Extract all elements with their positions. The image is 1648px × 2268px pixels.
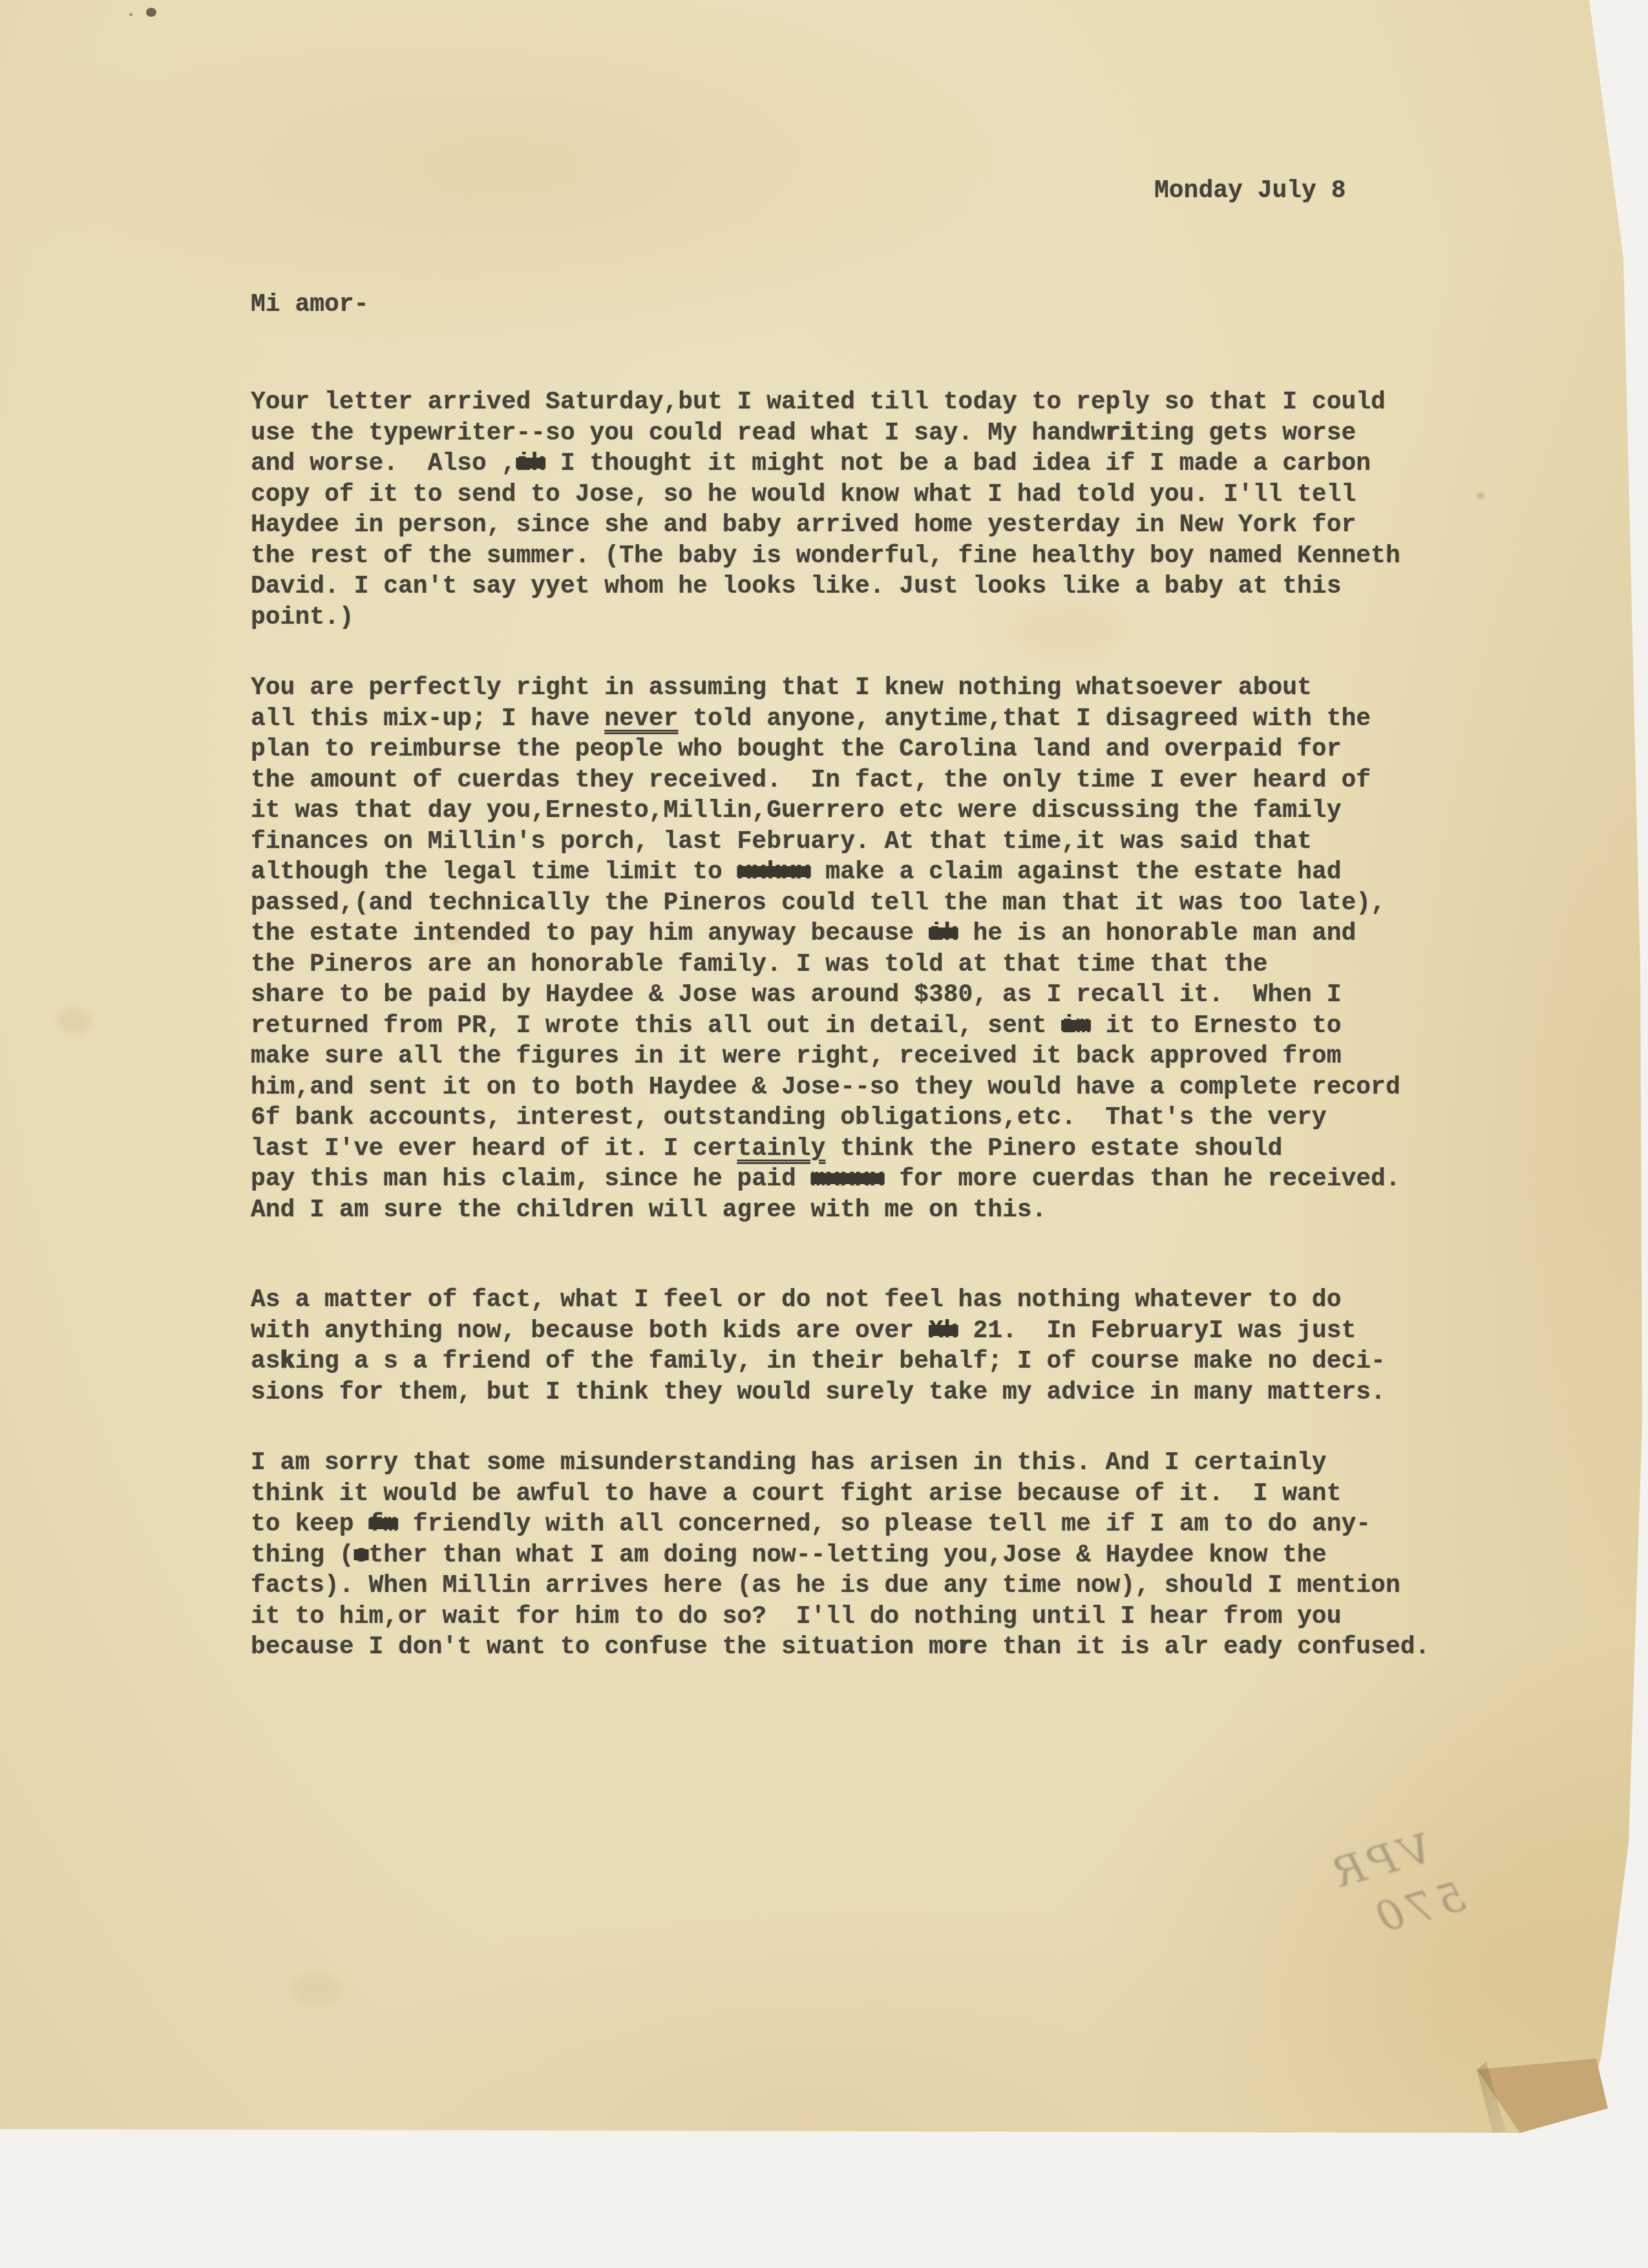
paper-stain xyxy=(57,1008,92,1034)
paragraph: I am sorry that some misunderstanding ha… xyxy=(251,1448,1453,1663)
salutation: Mi amor- xyxy=(251,290,1453,321)
paragraph: You are perfectly right in assuming that… xyxy=(251,673,1453,1225)
paper-stain xyxy=(1477,493,1484,499)
typewritten-text: Monday July 8 Mi amor- Your letter arriv… xyxy=(251,0,1453,1663)
paper-stain xyxy=(291,1971,343,2007)
date-line: Monday July 8 xyxy=(1154,176,1453,207)
ink-speck xyxy=(146,8,156,17)
paragraph: Your letter arrived Saturday,but I waite… xyxy=(251,387,1453,633)
paragraph: As a matter of fact, what I feel or do n… xyxy=(251,1285,1453,1408)
ink-speck xyxy=(129,13,132,16)
letter-page: Monday July 8 Mi amor- Your letter arriv… xyxy=(0,0,1648,2268)
letter-body: Your letter arrived Saturday,but I waite… xyxy=(251,387,1453,1663)
verso-pencil-note: VPR 570 xyxy=(1249,1821,1453,1978)
scanned-letter-screenshot: { "colors": { "scanner_bed": "#f3f2ee", … xyxy=(0,0,1648,2268)
